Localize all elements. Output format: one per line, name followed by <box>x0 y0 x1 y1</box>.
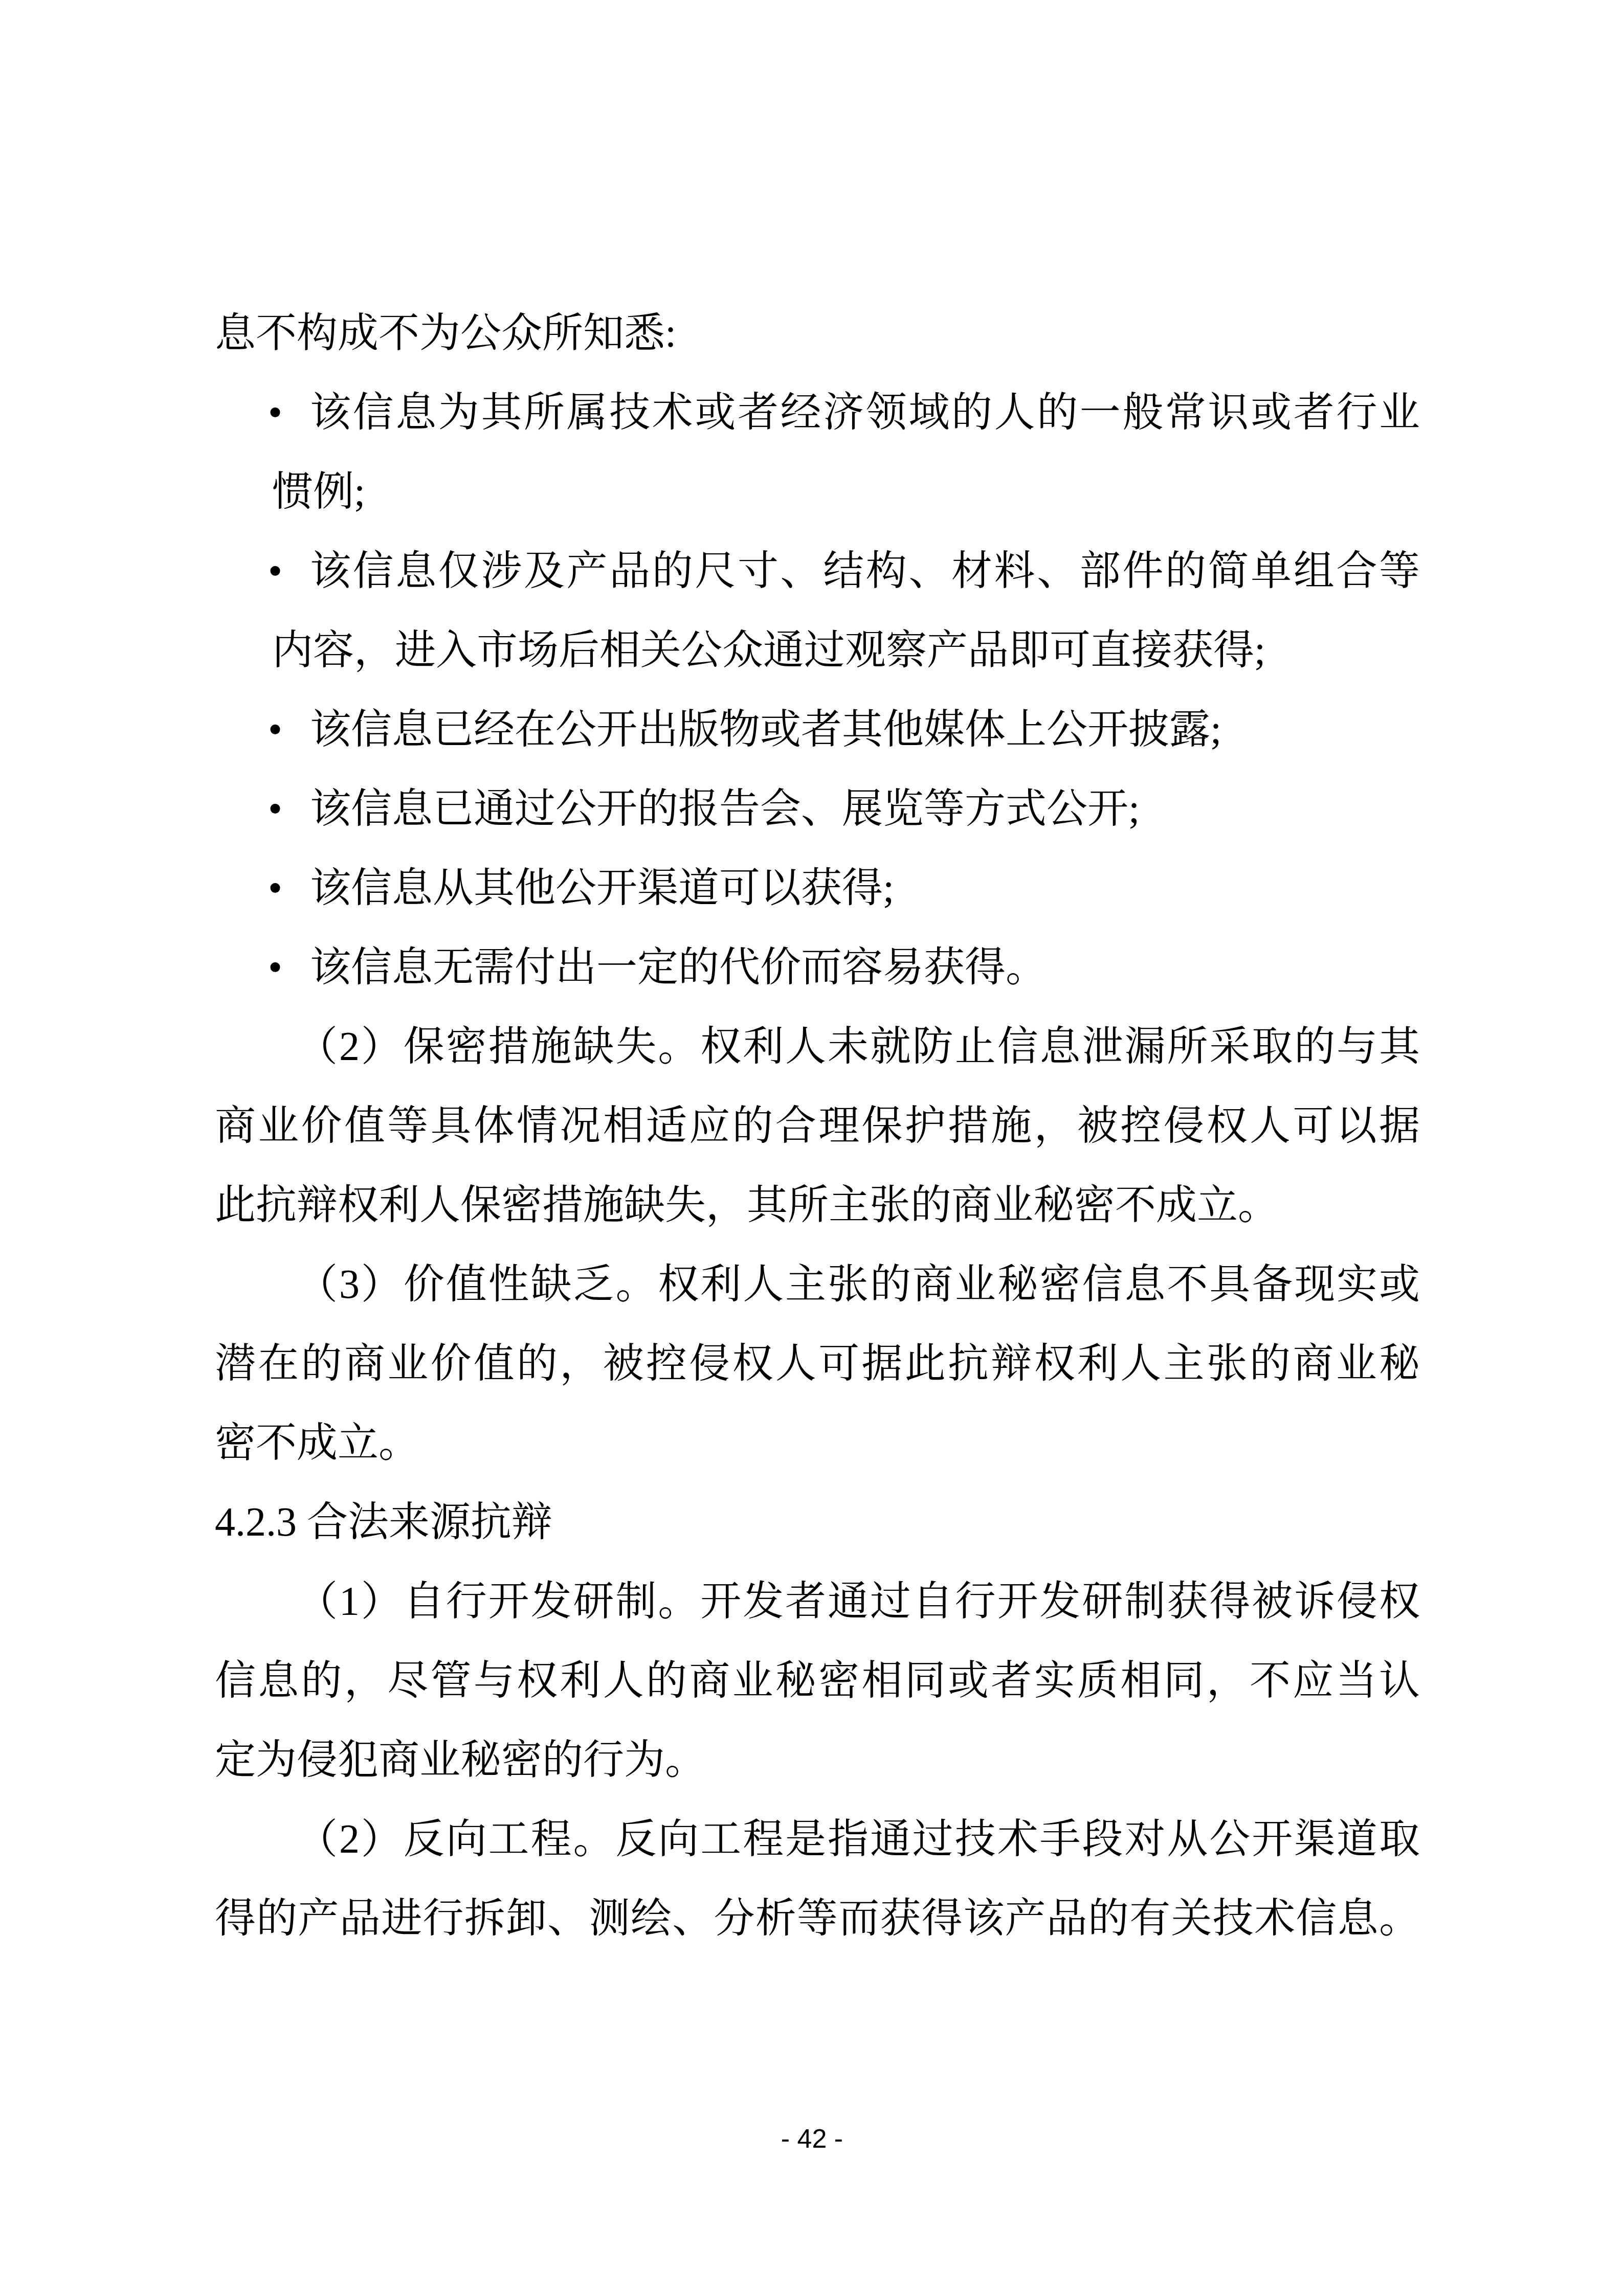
line-text: 4.2.3 合法来源抗辩 <box>215 1500 552 1545</box>
text-line: 商业价值等具体情况相适应的合理保护措施，被控侵权人可以据 <box>215 1087 1420 1166</box>
line-text: （3）价值性缺乏。权利人主张的商业秘密信息不具备现实或 <box>297 1262 1420 1307</box>
text-line: • 该信息无需付出一定的代价而容易获得。 <box>215 928 1420 1007</box>
text-line: • 该信息从其他公开渠道可以获得; <box>215 849 1420 928</box>
line-text: （2）反向工程。反向工程是指通过技术手段对从公开渠道取 <box>297 1817 1420 1862</box>
text-line: 内容，进入市场后相关公众通过观察产品即可直接获得; <box>215 611 1420 690</box>
text-line: 4.2.3 合法来源抗辩 <box>215 1483 1420 1562</box>
bullet-icon: • <box>268 770 282 849</box>
text-line: 潜在的商业价值的，被控侵权人可据此抗辩权利人主张的商业秘 <box>215 1324 1420 1404</box>
line-text: （1）自行开发研制。开发者通过自行开发研制获得被诉侵权 <box>297 1579 1420 1624</box>
text-line: 息不构成不为公众所知悉: <box>215 294 1420 373</box>
line-text: 密不成立。 <box>215 1421 419 1466</box>
line-text: 信息的，尽管与权利人的商业秘密相同或者实质相同，不应当认 <box>215 1658 1420 1703</box>
line-text: 该信息已通过公开的报告会、展览等方式公开; <box>310 786 1140 831</box>
bullet-icon: • <box>268 849 282 928</box>
text-line: （3）价值性缺乏。权利人主张的商业秘密信息不具备现实或 <box>215 1245 1420 1324</box>
line-text: 得的产品进行拆卸、测绘、分析等而获得该产品的有关技术信息。 <box>215 1896 1420 1941</box>
page-number: - 42 - <box>781 2124 843 2154</box>
line-text: 该信息仅涉及产品的尺寸、结构、材料、部件的简单组合等 <box>310 549 1420 594</box>
line-text: 息不构成不为公众所知悉: <box>215 311 676 356</box>
bullet-icon: • <box>268 532 282 611</box>
text-line: （2）保密措施缺失。权利人未就防止信息泄漏所采取的与其 <box>215 1007 1420 1087</box>
document-body: 息不构成不为公众所知悉: • 该信息为其所属技术或者经济领域的人的一般常识或者行… <box>215 294 1420 1959</box>
line-text: 商业价值等具体情况相适应的合理保护措施，被控侵权人可以据 <box>215 1104 1420 1149</box>
text-line: • 该信息仅涉及产品的尺寸、结构、材料、部件的简单组合等 <box>215 532 1420 611</box>
text-line: • 该信息已通过公开的报告会、展览等方式公开; <box>215 770 1420 849</box>
line-text: 该信息为其所属技术或者经济领域的人的一般常识或者行业 <box>310 390 1420 435</box>
line-text: 该信息无需付出一定的代价而容易获得。 <box>310 945 1047 990</box>
line-text: 该信息已经在公开出版物或者其他媒体上公开披露; <box>310 707 1221 752</box>
text-line: 惯例; <box>215 453 1420 532</box>
bullet-icon: • <box>268 373 282 453</box>
text-line: 密不成立。 <box>215 1404 1420 1483</box>
document-page: 息不构成不为公众所知悉: • 该信息为其所属技术或者经济领域的人的一般常识或者行… <box>0 0 1624 2296</box>
line-text: 此抗辩权利人保密措施缺失，其所主张的商业秘密不成立。 <box>215 1183 1279 1228</box>
line-text: 该信息从其他公开渠道可以获得; <box>310 866 894 911</box>
text-line: 此抗辩权利人保密措施缺失，其所主张的商业秘密不成立。 <box>215 1166 1420 1245</box>
text-line: （2）反向工程。反向工程是指通过技术手段对从公开渠道取 <box>215 1800 1420 1879</box>
bullet-icon: • <box>268 928 282 1007</box>
line-text: 惯例; <box>272 469 365 514</box>
line-text: （2）保密措施缺失。权利人未就防止信息泄漏所采取的与其 <box>297 1024 1420 1069</box>
text-line: 得的产品进行拆卸、测绘、分析等而获得该产品的有关技术信息。 <box>215 1879 1420 1959</box>
line-text: 潜在的商业价值的，被控侵权人可据此抗辩权利人主张的商业秘 <box>215 1341 1420 1386</box>
line-text: 内容，进入市场后相关公众通过观察产品即可直接获得; <box>272 628 1265 673</box>
text-line: • 该信息已经在公开出版物或者其他媒体上公开披露; <box>215 690 1420 770</box>
page-footer: - 42 - <box>0 2123 1624 2155</box>
text-line: • 该信息为其所属技术或者经济领域的人的一般常识或者行业 <box>215 373 1420 453</box>
line-text: 定为侵犯商业秘密的行为。 <box>215 1738 706 1783</box>
text-line: （1）自行开发研制。开发者通过自行开发研制获得被诉侵权 <box>215 1562 1420 1641</box>
text-line: 信息的，尽管与权利人的商业秘密相同或者实质相同，不应当认 <box>215 1641 1420 1721</box>
text-line: 定为侵犯商业秘密的行为。 <box>215 1721 1420 1800</box>
bullet-icon: • <box>268 690 282 770</box>
